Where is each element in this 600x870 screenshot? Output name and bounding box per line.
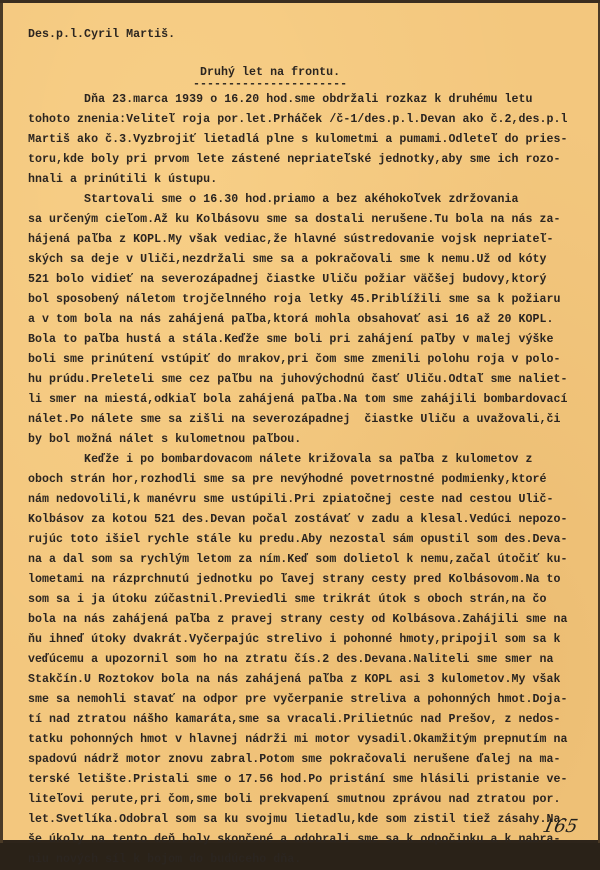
body-line: hu prúdu.Preleteli sme cez paľbu na juho… — [28, 370, 568, 390]
body-line: bola na nás zahájená paľba z pravej stra… — [28, 610, 568, 630]
body-line: Bola to paľba hustá a stála.Keďže sme bo… — [28, 330, 554, 350]
body-line: a v tom bola na nás zahájená paľba,ktorá… — [28, 310, 554, 330]
body-line: spadovú nádrž motor znovu zabral.Potom s… — [28, 750, 561, 770]
body-line: lometami na rázprchnutú jednotku po ľave… — [28, 570, 561, 590]
body-line: veďúcemu a upozornil som ho na ztratu čí… — [28, 650, 554, 670]
body-line: Martiš ako č.3.Vyzbrojiť lietadlá plne s… — [28, 130, 568, 150]
body-line: boli sme prinútení vstúpiť do mrakov,pri… — [28, 350, 561, 370]
body-line: nálet.Po nálete sme sa zišli na severozá… — [28, 410, 561, 430]
handwritten-page-number: 165 — [541, 816, 580, 837]
body-line: terské letište.Pristali sme o 17.56 hod.… — [28, 770, 568, 790]
body-line: nám nedovolili,k manévru sme ustúpili.Pr… — [28, 490, 554, 510]
body-line: Stakčín.U Roztokov bola na nás zahájená … — [28, 670, 561, 690]
document-page: Des.p.l.Cyril Martiš. Druhý let na front… — [0, 0, 600, 843]
body-line: rujúc toto išiel rychle stále ku predu.A… — [28, 530, 568, 550]
body-line: na a dal som sa rychlým letom za ním.Keď… — [28, 550, 568, 570]
body-line: ňu ihneď útoky dvakrát.Vyčerpajúc streli… — [28, 630, 561, 650]
body-line: tí nad ztratou nášho kamaráta,sme sa vra… — [28, 710, 561, 730]
body-line: sme sa nemohli stavať na odpor pre vyčer… — [28, 690, 568, 710]
body-line: ských sa deje v Uliči,nezdržali sme sa a… — [28, 250, 547, 270]
body-line: bol sposobený náletom trojčelnného roja … — [28, 290, 561, 310]
body-line: liteľovi perute,pri čom,sme boli prekvap… — [28, 790, 561, 810]
body-line: še úkoly na tento deň boly skončené a od… — [28, 830, 561, 843]
body-line: 521 bolo vidieť na severozápadnej čiastk… — [28, 270, 547, 290]
body-line: by bol možná nálet s kulometnou paľbou. — [28, 430, 301, 450]
body-line: Dňa 23.marca 1939 o 16.20 hod.sme obdrža… — [28, 90, 533, 110]
body-line: Startovali sme o 16.30 hod.priamo a bez … — [28, 190, 519, 210]
body-line: Keďže i po bombardovacom nálete križoval… — [28, 450, 533, 470]
body-line: li smer na miestá,odkiaľ bola zahájená p… — [28, 390, 568, 410]
body-line: sa určeným cieľom.Až ku Kolbásovu sme sa… — [28, 210, 561, 230]
body-line: toru,kde boly pri prvom lete zástené nep… — [28, 150, 561, 170]
body-line: hnali a prinútili k ústupu. — [28, 170, 217, 190]
body-line: hájená paľba z KOPL.My však vediac,že hl… — [28, 230, 554, 250]
body-line: oboch strán hor,rozhodli sme sa pre nevý… — [28, 470, 547, 490]
body-line: Kolbásov za kotou 521 des.Devan počal zo… — [28, 510, 568, 530]
body-line: let.Svetlíka.Odobral som sa ku svojmu li… — [28, 810, 568, 830]
body-line: tohoto znenia:Veliteľ roja por.let.Prháč… — [28, 110, 568, 130]
body-line: som sa i ja útoku zúčastnil.Previedli sm… — [28, 590, 547, 610]
author-line: Des.p.l.Cyril Martiš. — [28, 25, 175, 45]
body-line: tatku pohonných hmot v hlavnej nádrži mi… — [28, 730, 568, 750]
